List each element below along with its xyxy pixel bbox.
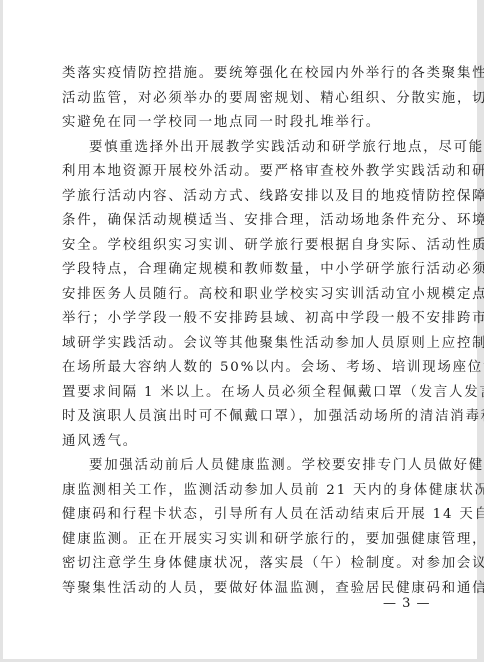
text-line: 活动监管，对必须举办的要周密规划、精心组织、分散实施，切	[62, 87, 424, 112]
text-line: 实避免在同一学校同一地点同一时段扎堆举行。	[62, 111, 424, 136]
text-line: 域研学实践活动。会议等其他聚集性活动参加人员原则上应控制	[62, 332, 424, 357]
text-line: 置要求间隔 1 米以上。在场人员必须全程佩戴口罩（发言人发言	[62, 381, 424, 406]
text-line: 学段特点，合理确定规模和教师数量，中小学研学旅行活动必须	[62, 258, 424, 283]
text-line: 利用本地资源开展校外活动。要严格审查校外教学实践活动和研	[62, 160, 424, 185]
text-line: 通风透气。	[62, 430, 424, 455]
text-line: 时及演职人员演出时可不佩戴口罩），加强活动场所的清洁消毒和	[62, 405, 424, 430]
text-line: 健康码和行程卡状态，引导所有人员在活动结束后开展 14 天自我	[62, 503, 424, 528]
page-number: — 3 —	[383, 596, 424, 611]
text-line: 康监测相关工作，监测活动参加人员前 21 天内的身体健康状况、	[62, 479, 424, 504]
text-line: 类落实疫情防控措施。要统筹强化在校园内外举行的各类聚集性	[62, 62, 424, 87]
text-line: 安排医务人员随行。高校和职业学校实习实训活动宜小规模定点	[62, 283, 424, 308]
text-line: 在场所最大容纳人数的 50%以内。会场、考场、培训现场座位设	[62, 356, 424, 381]
text-line: 条件，确保活动规模适当、安排合理，活动场地条件充分、环境	[62, 209, 424, 234]
body-text: 类落实疫情防控措施。要统筹强化在校园内外举行的各类聚集性活动监管，对必须举办的要…	[62, 62, 424, 601]
text-line: 等聚集性活动的人员，要做好体温监测，查验居民健康码和通信	[62, 577, 424, 602]
text-line: 健康监测。正在开展实习实训和研学旅行的，要加强健康管理，	[62, 528, 424, 553]
document-page: 类落实疫情防控措施。要统筹强化在校园内外举行的各类聚集性活动监管，对必须举办的要…	[3, 0, 477, 659]
text-line: 要慎重选择外出开展教学实践活动和研学旅行地点，尽可能	[62, 136, 424, 161]
text-line: 要加强活动前后人员健康监测。学校要安排专门人员做好健	[62, 454, 424, 479]
text-line: 学旅行活动内容、活动方式、线路安排以及目的地疫情防控保障	[62, 185, 424, 210]
text-line: 举行；小学学段一般不安排跨县域、初高中学段一般不安排跨市	[62, 307, 424, 332]
text-line: 安全。学校组织实习实训、研学旅行要根据自身实际、活动性质、	[62, 234, 424, 259]
text-line: 密切注意学生身体健康状况，落实晨（午）检制度。对参加会议	[62, 552, 424, 577]
